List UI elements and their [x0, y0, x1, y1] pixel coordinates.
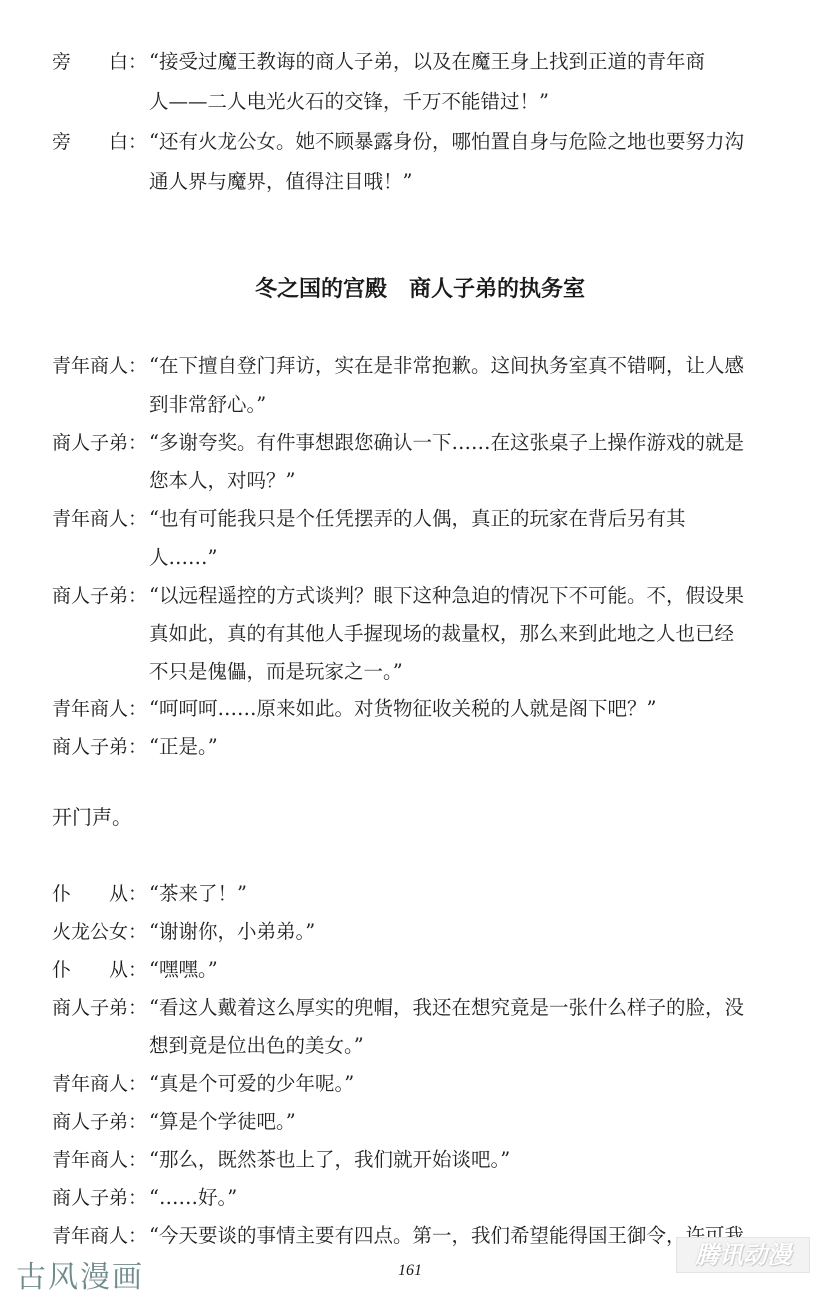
speaker-label: 仆 从：: [52, 880, 147, 908]
dialogue-text: “谢谢你，小弟弟。”: [149, 918, 315, 946]
dialogue-continuation: 您本人，对吗？”: [149, 467, 295, 495]
dialogue-text: “那么，既然茶也上了，我们就开始谈吧。”: [149, 1146, 510, 1174]
speaker-label: 旁 白：: [52, 128, 147, 156]
dialogue-continuation: 想到竟是位出色的美女。”: [149, 1032, 364, 1060]
dialogue-text: “在下擅自登门拜访，实在是非常抱歉。这间执务室真不错啊，让人感: [149, 352, 744, 380]
speaker-label: 旁 白：: [52, 48, 147, 76]
dialogue-text: “正是。”: [149, 733, 218, 761]
dialogue-text: “多谢夸奖。有件事想跟您确认一下……在这张桌子上操作游戏的就是: [149, 429, 744, 457]
dialogue-text: “接受过魔王教诲的商人子弟，以及在魔王身上找到正道的青年商: [149, 48, 705, 76]
speaker-label: 商人子弟：: [52, 429, 147, 457]
dialogue-text: “……好。”: [149, 1184, 237, 1212]
speaker-label: 商人子弟：: [52, 1184, 147, 1212]
dialogue-text: “呵呵呵……原来如此。对货物征收关税的人就是阁下吧？”: [149, 695, 656, 723]
dialogue-continuation: 人——二人电光火石的交锋，千万不能错过！”: [149, 88, 549, 116]
dialogue-text: “今天要谈的事情主要有四点。第一，我们希望能得国王御令，许可我: [149, 1222, 744, 1250]
speaker-label: 青年商人：: [52, 352, 147, 380]
dialogue-continuation: 到非常舒心。”: [149, 391, 266, 419]
speaker-label: 青年商人：: [52, 505, 147, 533]
speaker-label: 仆 从：: [52, 956, 147, 984]
dialogue-text: “还有火龙公女。她不顾暴露身份，哪怕置自身与危险之地也要努力沟: [149, 128, 744, 156]
dialogue-text: “嘿嘿。”: [149, 956, 218, 984]
dialogue-continuation: 人……”: [149, 544, 217, 572]
dialogue-text: “也有可能我只是个任凭摆弄的人偶，真正的玩家在背后另有其: [149, 505, 685, 533]
speaker-label: 青年商人：: [52, 695, 147, 723]
dialogue-text: “茶来了！”: [149, 880, 247, 908]
speaker-label: 青年商人：: [52, 1070, 147, 1098]
speaker-label: 商人子弟：: [52, 733, 147, 761]
dialogue-text: “看这人戴着这么厚实的兜帽，我还在想究竟是一张什么样子的脸，没: [149, 994, 744, 1022]
stage-direction: 开门声。: [52, 803, 132, 831]
dialogue-continuation: 不只是傀儡，而是玩家之一。”: [149, 658, 403, 686]
dialogue-text: “真是个可爱的少年呢。”: [149, 1070, 354, 1098]
dialogue-continuation: 真如此，真的有其他人手握现场的裁量权，那么来到此地之人也已经: [149, 620, 734, 648]
watermark-logo-right: 腾讯动漫: [676, 1237, 810, 1273]
speaker-label: 火龙公女：: [52, 918, 147, 946]
speaker-label: 商人子弟：: [52, 582, 147, 610]
dialogue-continuation: 通人界与魔界，值得注目哦！”: [149, 168, 412, 196]
speaker-label: 商人子弟：: [52, 994, 147, 1022]
dialogue-text: “以远程遥控的方式谈判？眼下这种急迫的情况下不可能。不，假设果: [149, 582, 744, 610]
dialogue-text: “算是个学徒吧。”: [149, 1108, 296, 1136]
speaker-label: 青年商人：: [52, 1222, 147, 1250]
book-page: 旁 白： “接受过魔王教诲的商人子弟，以及在魔王身上找到正道的青年商 人——二人…: [0, 0, 820, 1291]
speaker-label: 商人子弟：: [52, 1108, 147, 1136]
speaker-label: 青年商人：: [52, 1146, 147, 1174]
scene-heading: 冬之国的宫殿 商人子弟的执务室: [0, 275, 820, 305]
